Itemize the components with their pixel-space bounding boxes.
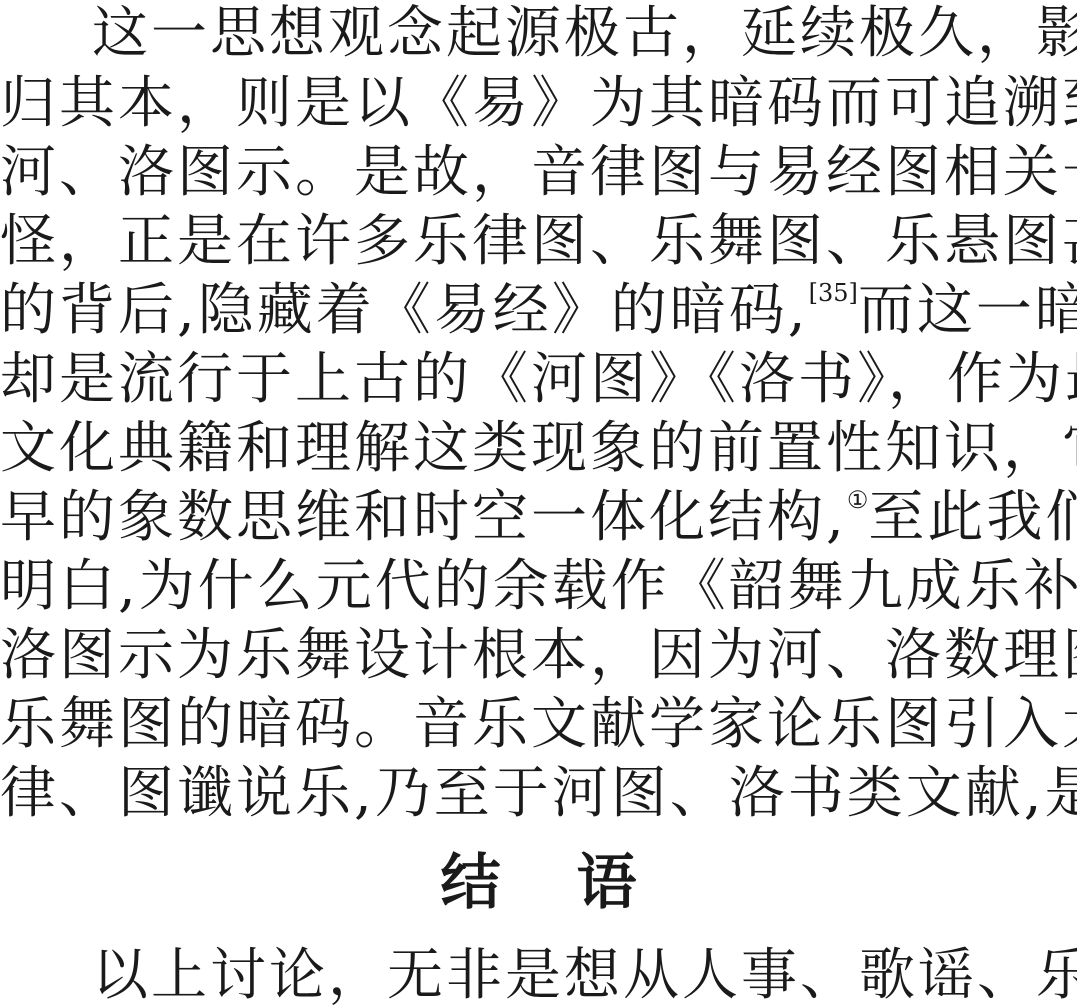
text-line: 河、洛图示。是故，音律图与易经图相关一点也不奇	[0, 141, 1077, 205]
text-line: 明白,为什么元代的余载作《韶舞九成乐补》要以河、	[0, 555, 1077, 619]
text-line: 以上讨论，无非是想从人事、歌谣、乐图三个方	[92, 944, 1077, 1008]
text-line: 乐舞图的暗码。音乐文献学家论乐图引入大量卦爻运	[0, 693, 1077, 757]
heading-char: 结	[441, 848, 501, 918]
text-line: 早的象数思维和时空一体化结构,①至此我们或许可以	[0, 486, 1077, 550]
footnote-ref-35[interactable]: [35]	[809, 279, 858, 307]
text-line: 怪，正是在许多乐律图、乐舞图、乐悬图甚至乐器图	[0, 210, 1077, 274]
document-page: 这一思想观念起源极古，延续极久，影响极深。 归其本，则是以《易》为其暗码而可追溯…	[0, 0, 1077, 1008]
text-segment: 律、图谶说乐,乃至于河图、洛书类文献,是为必然。	[0, 761, 1077, 826]
text-line: 洛图示为乐舞设计根本，因为河、洛数理图示正是其	[0, 624, 1077, 688]
text-line: 却是流行于上古的《河图》《洛书》，作为最古老的	[0, 348, 1077, 412]
footnote-ref-1[interactable]: ①	[847, 486, 869, 514]
text-segment: 的背后,隐藏着《易经》的暗码,	[0, 278, 809, 343]
text-line: 的背后,隐藏着《易经》的暗码,[35]而这一暗码的秘密,	[0, 279, 1077, 343]
text-line: 文化典籍和理解这类现象的前置性知识，它提供了最	[0, 417, 1077, 481]
text-segment: 早的象数思维和时空一体化结构,	[0, 485, 847, 550]
text-line: 这一思想观念起源极古，延续极久，影响极深。	[92, 2, 1077, 66]
text-segment: 至此我们或许可以	[868, 485, 1077, 550]
text-line: 律、图谶说乐,乃至于河图、洛书类文献,是为必然。②	[0, 762, 1077, 826]
section-heading: 结语	[0, 848, 1077, 918]
text-line: 归其本，则是以《易》为其暗码而可追溯到更古老的	[0, 72, 1077, 136]
text-segment: 而这一暗码的秘密,	[858, 278, 1077, 343]
heading-char: 语	[577, 848, 637, 918]
